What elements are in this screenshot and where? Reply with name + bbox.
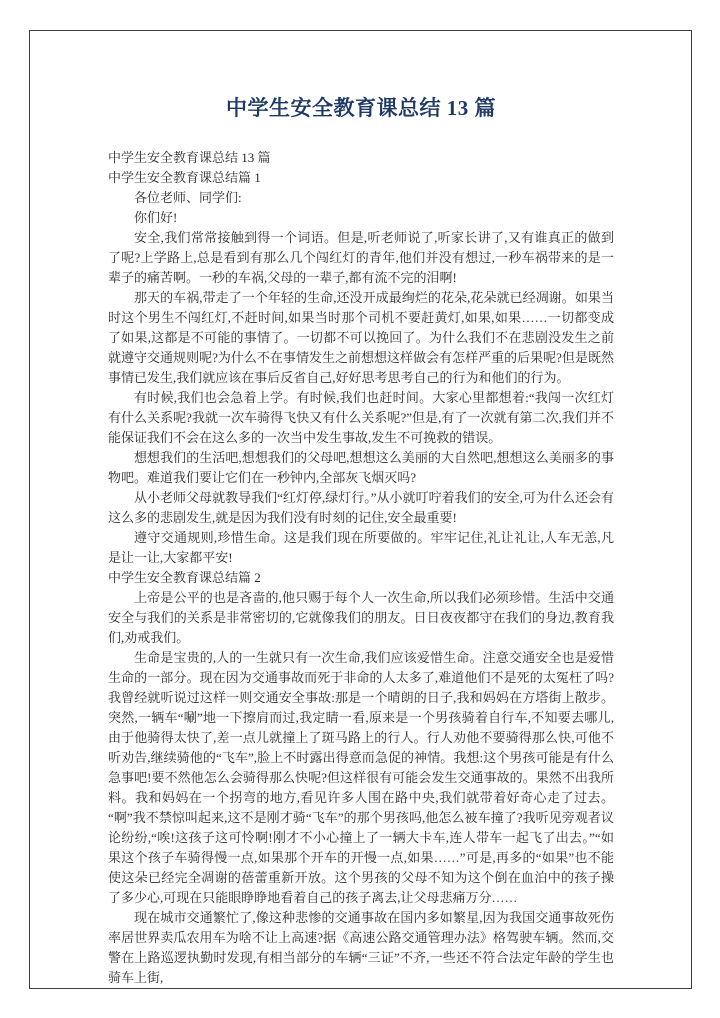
paragraph-salutation: 各位老师、同学们:: [108, 188, 614, 208]
document-page: 中学生安全教育课总结 13 篇 中学生安全教育课总结 13 篇 中学生安全教育课…: [29, 30, 692, 989]
paragraph: 生命是宝贵的,人的一生就只有一次生命,我们应该爱惜生命。注意交通安全也是爱惜生命…: [108, 648, 614, 908]
paragraph-greeting: 你们好!: [108, 208, 614, 228]
heading-line-1: 中学生安全教育课总结 13 篇: [108, 148, 614, 168]
heading-line-2: 中学生安全教育课总结篇 1: [108, 168, 614, 188]
section-heading-2: 中学生安全教育课总结篇 2: [108, 568, 614, 588]
paragraph: 安全,我们常常接触到得一个词语。但是,听老师说了,听家长讲了,又有谁真正的做到了…: [108, 228, 614, 288]
document-body: 中学生安全教育课总结 13 篇 中学生安全教育课总结篇 1 各位老师、同学们: …: [108, 148, 614, 988]
paragraph: 那天的车祸,带走了一个年轻的生命,还没开成最绚烂的花朵,花朵就已经凋谢。如果当时…: [108, 288, 614, 388]
page-content: 中学生安全教育课总结 13 篇 中学生安全教育课总结 13 篇 中学生安全教育课…: [30, 31, 691, 988]
paragraph: 有时候,我们也会急着上学。有时候,我们也赶时间。大家心里都想着:“我闯一次红灯有…: [108, 388, 614, 448]
paragraph: 想想我们的生活吧,想想我们的父母吧,想想这么美丽的大自然吧,想想这么美丽多的事物…: [108, 448, 614, 488]
paragraph: 遵守交通规则,珍惜生命。这是我们现在所要做的。牢牢记住,礼让礼让,人车无恙,凡是…: [108, 528, 614, 568]
document-title: 中学生安全教育课总结 13 篇: [108, 92, 614, 122]
paragraph: 现在城市交通繁忙了,像这种悲惨的交通事故在国内多如繁星,因为我国交通事故死伤率居…: [108, 908, 614, 988]
paragraph: 上帝是公平的也是吝啬的,他只赐于每个人一次生命,所以我们必须珍惜。生活中交通安全…: [108, 588, 614, 648]
paragraph: 从小老师父母就教导我们“红灯停,绿灯行。”从小就叮咛着我们的安全,可为什么还会有…: [108, 488, 614, 528]
